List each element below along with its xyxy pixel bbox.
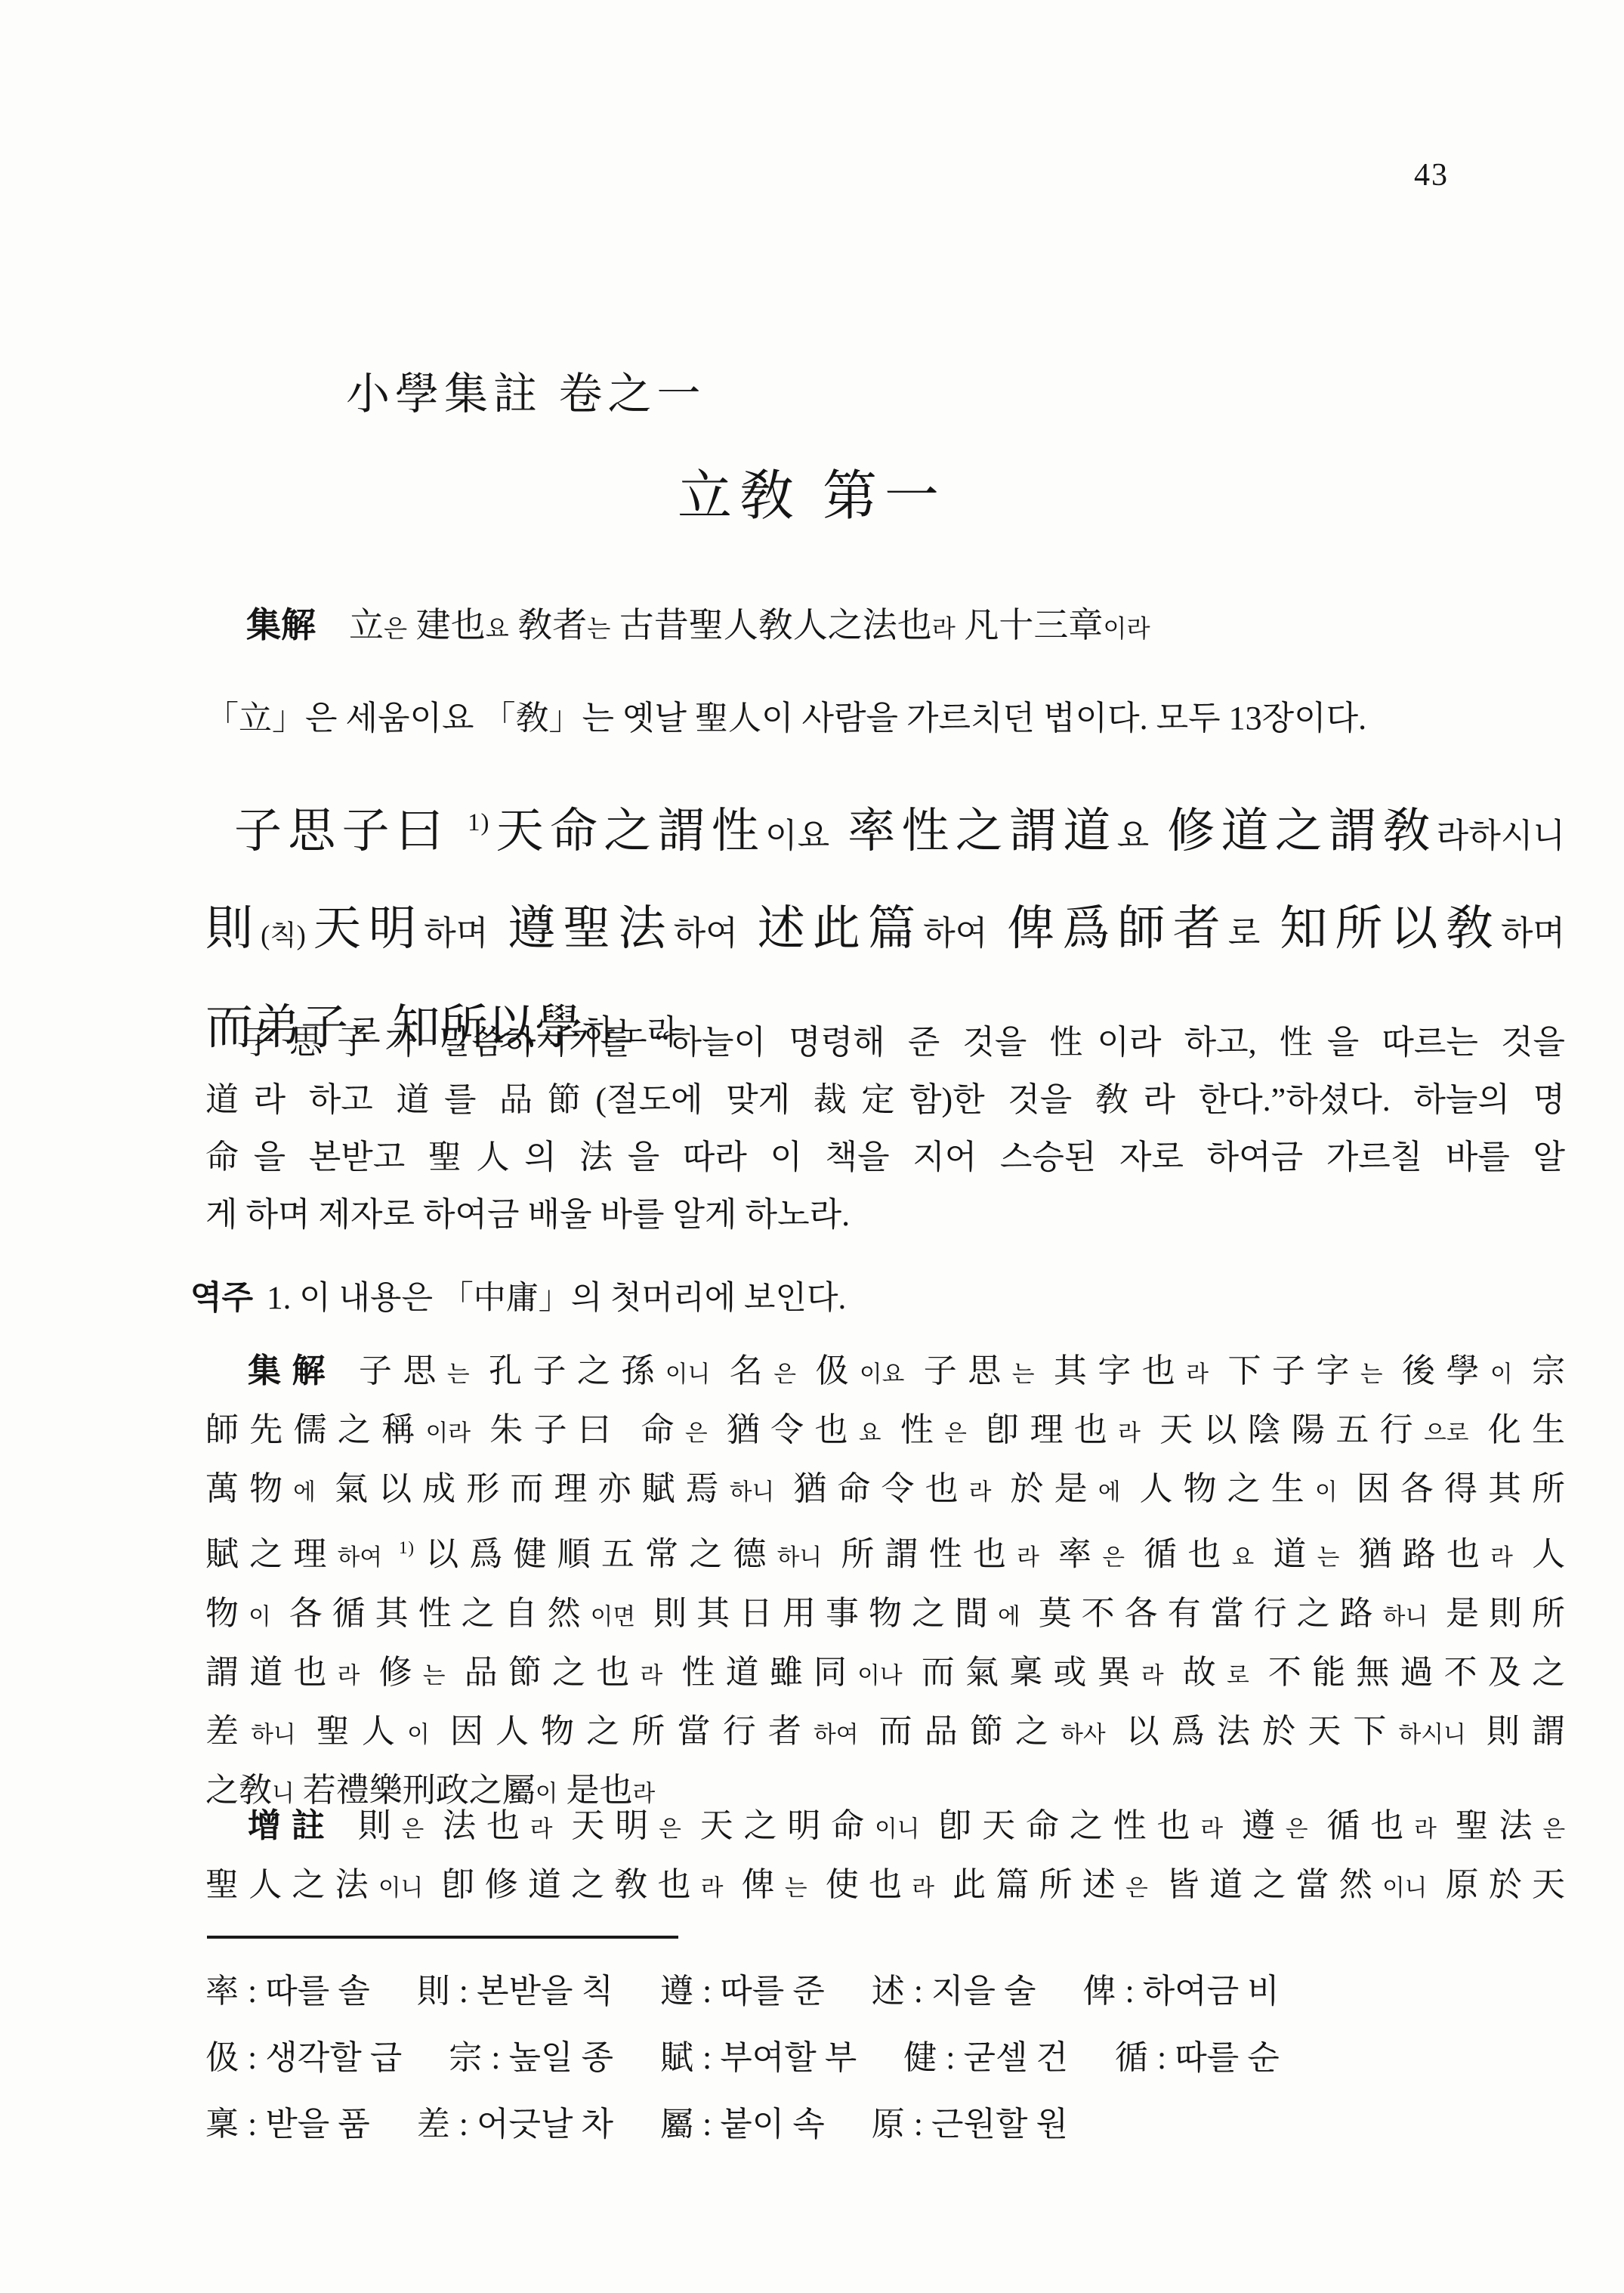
hanja-text: 使也 (807, 1866, 912, 1903)
hanja-text: 聖人之法 (205, 1866, 378, 1903)
hanja-text: 氣以成形而理亦賦焉 (316, 1470, 730, 1507)
hanja-text: 天命之謂性 (489, 805, 765, 858)
hangul-particle: 에 (1098, 1479, 1121, 1505)
hangul-particle: 이요 (860, 1361, 905, 1387)
glossary-hanja: 述 (872, 1973, 906, 2010)
hanja-text: 猶令也 (708, 1411, 859, 1448)
hanja-text: 卽理也 (967, 1411, 1118, 1448)
glossary-hanja: 原 (872, 2106, 906, 2143)
glossary-hanja: 賦 (660, 2039, 694, 2076)
hanja-text: 不能無過不及之 (1249, 1654, 1565, 1691)
glossary-row: 稟 : 받을 품差 : 어긋날 차屬 : 붙이 속原 : 근원할 원 (205, 2091, 1565, 2158)
hanja-text: 法也 (424, 1807, 530, 1844)
hangul-particle: 이요 (765, 817, 829, 854)
hanja-text: 率 (1039, 1536, 1102, 1573)
glossary-entry: 原 : 근원할 원 (872, 2106, 1068, 2143)
main-translation: 子思子가 말씀하시기를 “하늘이 명령해 준 것을 性이라 하고, 性을 따르는… (205, 1014, 1565, 1244)
jeungju-label: 增註 (248, 1807, 335, 1844)
hangul-particle: 라 (530, 1816, 553, 1842)
paren-reading: (칙) (261, 919, 306, 950)
hangul-particle: 이나 (857, 1663, 903, 1689)
hanja-text: 述此篇 (738, 902, 923, 955)
hanja-text: 俾 (723, 1866, 784, 1903)
chapter-heading: 立敎 第一 (0, 452, 1624, 530)
hangul-particle: 라 (1186, 1361, 1209, 1387)
hangul-particle: 로 (1227, 1663, 1249, 1689)
glossary-hanja: 屬 (660, 2106, 694, 2143)
hangul-particle: 는 (423, 1663, 446, 1689)
hanja-text: 遵 (1223, 1807, 1286, 1844)
glossary-gloss: : 근원할 원 (906, 2106, 1068, 2143)
hanja-text: 俾爲師者 (987, 902, 1227, 955)
hangul-particle: 하시니 (1399, 1722, 1466, 1748)
hanja-text: 性 (881, 1411, 945, 1448)
commentary-line: 謂道也라 修는 品節之也라 性道雖同이나 而氣稟或異라 故로 不能無過不及之 (205, 1645, 1565, 1704)
hanja-text: 名 (710, 1352, 773, 1389)
hangul-particle: 라 (1141, 1663, 1164, 1689)
hangul-particle: 라 (932, 615, 956, 642)
hanja-text: 修 (360, 1654, 422, 1691)
hanja-text: 聖法 (1437, 1807, 1543, 1844)
glossary-row: 伋 : 생각할 급宗 : 높일 종賦 : 부여할 부健 : 굳셀 건循 : 따를… (205, 2025, 1565, 2091)
hangul-particle: 라 (912, 1875, 934, 1901)
glossary-hanja: 俾 (1083, 1973, 1117, 2010)
hangul-particle: 은 (402, 1816, 425, 1842)
hanja-text: 人 (1513, 1536, 1565, 1573)
hangul-particle: 는 (1317, 1545, 1340, 1571)
hangul-particle: 에 (998, 1604, 1020, 1630)
hanja-text: 循也 (1308, 1807, 1415, 1844)
hangul-particle: 은 (1286, 1816, 1308, 1842)
commentary-line: 物이 各循其性之自然이면 則其日用事物之間에 莫不各有當行之路하니 是則所 (205, 1586, 1565, 1645)
hangul-particle: 로 (1228, 915, 1261, 952)
hangul-particle: 는 (785, 1875, 807, 1901)
glossary-gloss: : 받을 품 (239, 2106, 370, 2143)
hangul-particle: 이 (407, 1722, 430, 1748)
translation-line: 子思子가 말씀하시기를 “하늘이 명령해 준 것을 性이라 하고, 性을 따르는… (205, 1014, 1565, 1071)
glossary-gloss: : 따를 준 (694, 1973, 825, 2010)
translation-line: 道라 하고 道를 品節(절도에 맞게 裁定함)한 것을 敎라 한다.”하셨다. … (205, 1071, 1565, 1129)
hanja-text: 莫不各有當行之路 (1020, 1595, 1383, 1632)
hanja-text: 則謂 (1466, 1713, 1565, 1750)
hangul-particle: 이니 (875, 1816, 920, 1842)
commentary-line: 增註則은 法也라 天明은 天之明命이니 卽天命之性也라 遵은 循也라 聖法은 (205, 1798, 1565, 1857)
glossary-hanja: 差 (417, 2106, 451, 2143)
commentary-text: 則은 法也라 天明은 天之明命이니 卽天命之性也라 遵은 循也라 聖法은 (358, 1807, 1565, 1844)
glossary-entry: 率 : 따를 솔 (205, 1973, 370, 2010)
hangul-particle: 이 (1490, 1361, 1513, 1387)
hangul-particle: 하니 (777, 1545, 823, 1571)
hanja-text: 子思 (359, 1352, 447, 1389)
hanja-text: 皆道之當然 (1148, 1866, 1382, 1903)
jiphae-label: 集解 (248, 1352, 336, 1389)
hangul-particle: 이 (1315, 1479, 1338, 1505)
hanja-text: 子思 (904, 1352, 1011, 1389)
hanja-text: 後學 (1383, 1352, 1490, 1389)
main-passage-line: 子思子曰 1)天命之謂性이요 率性之謂道요 修道之謂敎라하시니 (205, 777, 1565, 882)
hanja-text: 以爲健順五常之德 (415, 1536, 777, 1573)
glossary-hanja: 循 (1115, 2039, 1149, 2076)
glossary-row: 率 : 따를 솔則 : 본받을 칙遵 : 따를 준述 : 지을 술俾 : 하여금… (205, 1958, 1565, 2025)
page-number: 43 (1414, 157, 1449, 193)
hanja-text: 則 (205, 902, 261, 955)
book-title: 小學集註 卷之一 (346, 358, 706, 422)
hangul-particle: 라하시니 (1437, 817, 1565, 854)
commentary-line: 聖人之法이니 卽修道之敎也라 俾는 使也라 此篇所述은 皆道之當然이니 原於天 (205, 1857, 1565, 1916)
hanja-text: 道 (1254, 1536, 1317, 1573)
glossary-entry: 差 : 어긋날 차 (417, 2106, 613, 2143)
scanned-book-page: 43 小學集註 卷之一 立敎 第一 集解立은 建也요 敎者는 古昔聖人敎人之法也… (0, 0, 1624, 2293)
yeokju-label: 역주 (190, 1281, 253, 1316)
hanja-text: 天明 (553, 1807, 659, 1844)
hangul-particle: 라 (701, 1875, 724, 1901)
hanja-text: 其字也 (1034, 1352, 1186, 1389)
glossary-gloss: : 하여금 비 (1117, 1973, 1280, 2010)
commentary-text: 子思는 孔子之孫이니 名은 伋이요 子思는 其字也라 下子字는 後學이 宗 (359, 1352, 1565, 1389)
commentary-line: 集解子思는 孔子之孫이니 名은 伋이요 子思는 其字也라 下子字는 後學이 宗 (205, 1343, 1565, 1402)
hangul-particle: 는 (1012, 1361, 1035, 1387)
hanja-text: 天之明命 (681, 1807, 875, 1844)
glossary-entry: 則 : 본받을 칙 (417, 1973, 613, 2010)
glossary-hanja: 率 (205, 1973, 239, 2010)
hangul-particle: 라 (338, 1663, 360, 1689)
hangul-particle: 요 (486, 615, 509, 642)
hanja-text: 化生 (1468, 1411, 1565, 1448)
hanja-text: 古昔聖人敎人之法也 (610, 606, 932, 644)
hanja-text: 聖人 (296, 1713, 407, 1750)
hangul-particle: 으로 (1424, 1420, 1469, 1446)
hanja-text: 知所以敎 (1260, 902, 1500, 955)
hanja-text: 所謂性也 (822, 1536, 1017, 1573)
yeokju-note: 역주1. 이 내용은 「中庸」의 첫머리에 보인다. (190, 1272, 1565, 1325)
hangul-particle: 은 (1102, 1545, 1125, 1571)
hangul-particle: 하며 (424, 915, 488, 952)
glossary-entry: 述 : 지을 술 (872, 1973, 1036, 2010)
hangul-particle: 이라 (426, 1420, 471, 1446)
hanja-text: 各循其性之自然 (271, 1595, 591, 1632)
hangul-particle: 이면 (591, 1604, 636, 1630)
hangul-particle: 요 (859, 1420, 881, 1446)
glossary-entry: 稟 : 받을 품 (205, 2106, 370, 2143)
hangul-particle: 하니 (730, 1479, 775, 1505)
hanja-text: 謂道也 (205, 1654, 338, 1691)
hanja-text: 宗 (1513, 1352, 1565, 1389)
hangul-particle: 은 (384, 615, 407, 642)
hangul-particle: 라 (1200, 1816, 1223, 1842)
hanja-text: 故 (1164, 1654, 1227, 1691)
hanja-text: 孔子之孫 (470, 1352, 665, 1389)
hanja-text: 萬物 (205, 1470, 293, 1507)
hangul-particle: 라 (640, 1663, 662, 1689)
hanja-text: 敎者 (509, 606, 588, 644)
glossary-hanja: 則 (417, 1973, 451, 2010)
hanja-text: 伋 (796, 1352, 860, 1389)
hangul-particle: 하니 (251, 1722, 296, 1748)
commentary-line: 差하니 聖人이 因人物之所當行者하여 而品節之하사 以爲法於天下하시니 則謂 (205, 1704, 1565, 1763)
hanja-text: 差 (205, 1713, 251, 1750)
hangul-particle: 은 (1542, 1816, 1565, 1842)
hanja-text: 修道之謂敎 (1149, 805, 1436, 858)
footnote-marker: 1) (468, 809, 489, 836)
glossary-hanja: 遵 (660, 1973, 694, 2010)
hangul-particle: 는 (587, 615, 610, 642)
hangul-particle: 라 (1490, 1545, 1513, 1571)
hanja-text: 猶路也 (1339, 1536, 1490, 1573)
hanja-text: 品節之也 (445, 1654, 640, 1691)
hangul-particle: 는 (1360, 1361, 1383, 1387)
glossary-gloss: : 부여할 부 (694, 2039, 857, 2076)
hanja-text: 猶命令也 (774, 1470, 968, 1507)
hangul-particle: 이라 (1103, 615, 1150, 642)
translation-line: 게 하며 제자로 하여금 배울 바를 알게 하노라. (205, 1186, 1565, 1244)
hanja-text: 立 (349, 606, 384, 644)
hangul-particle: 하여 (814, 1722, 859, 1748)
commentary-line: 師先儒之稱이라 朱子曰 命은 猶令也요 性은 卽理也라 天以陰陽五行으로 化生 (205, 1402, 1565, 1461)
glossary-gloss: : 어긋날 차 (451, 2106, 613, 2143)
hangul-particle: 은 (659, 1816, 681, 1842)
hanja-text: 則其日用事物之間 (635, 1595, 998, 1632)
character-glossary: 率 : 따를 솔則 : 본받을 칙遵 : 따를 준述 : 지을 술俾 : 하여금… (205, 1958, 1565, 2158)
commentary-line: 萬物에 氣以成形而理亦賦焉하니 猶命令也라 於是에 人物之生이 因各得其所 (205, 1461, 1565, 1520)
footnote-marker: 1) (399, 1538, 415, 1557)
hanja-text: 率性之謂道 (829, 805, 1116, 858)
hangul-particle: 은 (1125, 1875, 1148, 1901)
glossary-gloss: : 붙이 속 (694, 2106, 825, 2143)
hanja-text: 因人物之所當行者 (430, 1713, 814, 1750)
hangul-particle: 라 (1118, 1420, 1141, 1446)
glossary-hanja: 健 (903, 2039, 937, 2076)
jiphae-label: 集解 (246, 606, 316, 644)
jeungju-commentary: 增註則은 法也라 天明은 天之明命이니 卽天命之性也라 遵은 循也라 聖法은 聖… (205, 1798, 1565, 1916)
hanja-text: 於是 (991, 1470, 1098, 1507)
hanja-text: 建也 (407, 606, 486, 644)
hanja-text: 則 (358, 1807, 402, 1844)
hangul-particle: 은 (944, 1420, 967, 1446)
hangul-particle: 요 (1232, 1545, 1255, 1571)
jiphae-commentary: 集解子思는 孔子之孫이니 名은 伋이요 子思는 其字也라 下子字는 後學이 宗 … (205, 1343, 1565, 1822)
hangul-particle: 이니 (1382, 1875, 1428, 1901)
hangul-particle: 에 (293, 1479, 316, 1505)
translation-line: 命을 본받고 聖人의 法을 따라 이 책을 지어 스승된 자로 하여금 가르칠 … (205, 1129, 1565, 1186)
hanja-text: 而品節之 (858, 1713, 1061, 1750)
hangul-particle: 하니 (1383, 1604, 1428, 1630)
hanja-text: 凡十三章 (956, 606, 1104, 644)
hanja-text: 師先儒之稱 (205, 1411, 426, 1448)
hanja-text: 循也 (1125, 1536, 1232, 1573)
glossary-divider-rule (207, 1936, 678, 1939)
hanja-text: 人物之生 (1120, 1470, 1314, 1507)
glossary-gloss: : 생각할 급 (239, 2039, 402, 2076)
jiphae-intro-text: 立은 建也요 敎者는 古昔聖人敎人之法也라 凡十三章이라 (349, 606, 1150, 644)
glossary-entry: 遵 : 따를 준 (660, 1973, 825, 2010)
hangul-particle: 라 (1017, 1545, 1039, 1571)
hanja-text: 子思子曰 (234, 805, 468, 858)
hanja-text: 天明 (306, 902, 424, 955)
glossary-entry: 循 : 따를 순 (1115, 2039, 1280, 2076)
hangul-particle: 이니 (665, 1361, 711, 1387)
hangul-particle: 라 (969, 1479, 992, 1505)
hanja-text: 下子字 (1209, 1352, 1360, 1389)
hangul-particle: 하여 (338, 1545, 399, 1571)
hanja-text: 遵聖法 (488, 902, 673, 955)
hanja-text: 原於天 (1427, 1866, 1565, 1903)
glossary-hanja: 宗 (449, 2039, 483, 2076)
hangul-particle: 하사 (1061, 1722, 1106, 1748)
hanja-text: 性道雖同 (662, 1654, 857, 1691)
hanja-text: 朱子曰 命 (471, 1411, 685, 1448)
glossary-entry: 賦 : 부여할 부 (660, 2039, 857, 2076)
hangul-particle: 은 (685, 1420, 708, 1446)
hanja-text: 賦之理 (205, 1536, 338, 1573)
glossary-entry: 屬 : 붙이 속 (660, 2106, 825, 2143)
glossary-gloss: : 높일 종 (483, 2039, 613, 2076)
glossary-entry: 宗 : 높일 종 (449, 2039, 613, 2076)
glossary-hanja: 伋 (205, 2039, 239, 2076)
glossary-hanja: 稟 (205, 2106, 239, 2143)
hanja-text: 卽天命之性也 (920, 1807, 1201, 1844)
hangul-particle: 하여 (923, 915, 987, 952)
commentary-line: 賦之理하여 1)以爲健順五常之德하니 所謂性也라 率은 循也요 道는 猶路也라 … (205, 1520, 1565, 1586)
hangul-particle: 은 (773, 1361, 796, 1387)
glossary-gloss: : 따를 순 (1149, 2039, 1280, 2076)
hanja-text: 以爲法於天下 (1106, 1713, 1399, 1750)
hangul-particle: 하며 (1501, 915, 1565, 952)
hangul-particle: 요 (1117, 817, 1150, 854)
main-passage-line: 則(칙)天明하며 遵聖法하여 述此篇하여 俾爲師者로 知所以敎하며 (205, 882, 1565, 981)
glossary-entry: 伋 : 생각할 급 (205, 2039, 402, 2076)
glossary-gloss: : 지을 술 (906, 1973, 1036, 2010)
hangul-particle: 이니 (378, 1875, 424, 1901)
hanja-text: 卽修道之敎也 (423, 1866, 700, 1903)
glossary-entry: 俾 : 하여금 비 (1083, 1973, 1280, 2010)
hangul-particle: 하여 (674, 915, 738, 952)
glossary-entry: 健 : 굳셀 건 (903, 2039, 1068, 2076)
glossary-gloss: : 본받을 칙 (451, 1973, 613, 2010)
hanja-text: 是則所 (1428, 1595, 1565, 1632)
glossary-gloss: : 따를 솔 (239, 1973, 370, 2010)
yeokju-text: 1. 이 내용은 「中庸」의 첫머리에 보인다. (267, 1281, 846, 1316)
jiphae-intro-line: 集解立은 建也요 敎者는 古昔聖人敎人之法也라 凡十三章이라 (205, 595, 1565, 659)
glossary-gloss: : 굳셀 건 (937, 2039, 1068, 2076)
hanja-text: 而氣稟或異 (903, 1654, 1141, 1691)
jiphae-intro-translation: 「立」은 세움이요 「敎」는 옛날 聖人이 사람을 가르치던 법이다. 모두 1… (205, 689, 1565, 748)
hangul-particle: 는 (447, 1361, 470, 1387)
hanja-text: 此篇所述 (934, 1866, 1125, 1903)
hanja-text: 天以陰陽五行 (1141, 1411, 1424, 1448)
hangul-particle: 라 (1414, 1816, 1437, 1842)
hanja-text: 物 (205, 1595, 249, 1632)
hangul-particle: 이 (249, 1604, 271, 1630)
hanja-text: 因各得其所 (1338, 1470, 1565, 1507)
